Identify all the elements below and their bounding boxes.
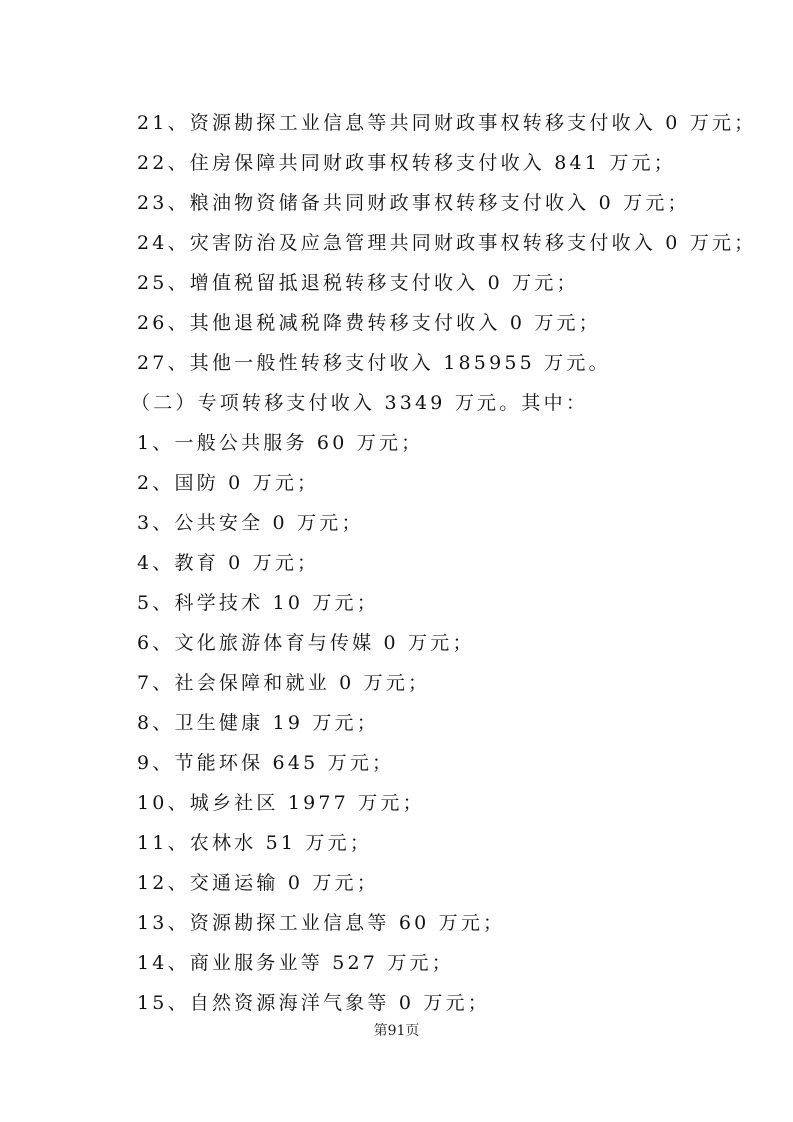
list-item: 3、公共安全 0 万元；	[137, 503, 737, 543]
list-item: 25、增值税留抵退税转移支付收入 0 万元；	[137, 263, 737, 303]
list-item: 15、自然资源海洋气象等 0 万元；	[137, 983, 737, 1023]
list-item: 22、住房保障共同财政事权转移支付收入 841 万元；	[137, 143, 737, 183]
list-item: 8、卫生健康 19 万元；	[137, 703, 737, 743]
list-item: 11、农林水 51 万元；	[137, 823, 737, 863]
list-item: 1、一般公共服务 60 万元；	[137, 423, 737, 463]
list-item: 24、灾害防治及应急管理共同财政事权转移支付收入 0 万元；	[137, 223, 737, 263]
list-item: 21、资源勘探工业信息等共同财政事权转移支付收入 0 万元；	[137, 103, 737, 143]
list-item: 26、其他退税减税降费转移支付收入 0 万元；	[137, 303, 737, 343]
list-item: 27、其他一般性转移支付收入 185955 万元。	[137, 343, 737, 383]
section-heading: （二）专项转移支付收入 3349 万元。其中：	[137, 383, 737, 423]
list-item: 2、国防 0 万元；	[137, 463, 737, 503]
list-item: 10、城乡社区 1977 万元；	[137, 783, 737, 823]
list-item: 13、资源勘探工业信息等 60 万元；	[137, 903, 737, 943]
list-item: 9、节能环保 645 万元；	[137, 743, 737, 783]
list-item: 5、科学技术 10 万元；	[137, 583, 737, 623]
list-item: 23、粮油物资储备共同财政事权转移支付收入 0 万元；	[137, 183, 737, 223]
list-item: 14、商业服务业等 527 万元；	[137, 943, 737, 983]
body-text: 21、资源勘探工业信息等共同财政事权转移支付收入 0 万元； 22、住房保障共同…	[137, 103, 737, 1023]
list-item: 7、社会保障和就业 0 万元；	[137, 663, 737, 703]
document-page: 21、资源勘探工业信息等共同财政事权转移支付收入 0 万元； 22、住房保障共同…	[0, 0, 793, 1122]
list-item: 4、教育 0 万元；	[137, 543, 737, 583]
page-number: 第91页	[0, 1020, 793, 1040]
list-item: 12、交通运输 0 万元；	[137, 863, 737, 903]
list-item: 6、文化旅游体育与传媒 0 万元；	[137, 623, 737, 663]
